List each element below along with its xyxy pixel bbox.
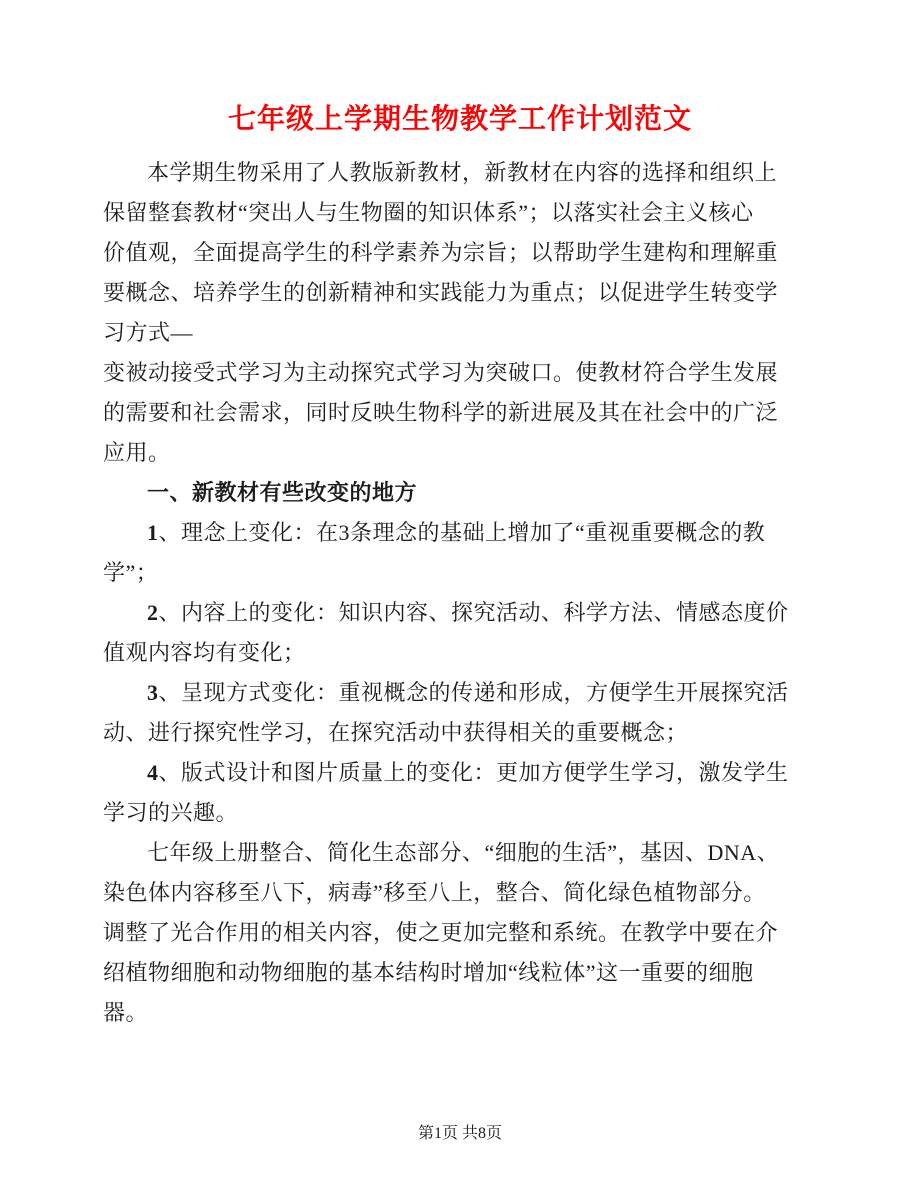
text-line: 4、版式设计和图片质量上的变化：更加方便学生学习，激发学生 bbox=[103, 753, 820, 793]
text-line: 动、进行探究性学习，在探究活动中获得相关的重要概念； bbox=[103, 713, 820, 753]
text-line: 2、内容上的变化：知识内容、探究活动、科学方法、情感态度价 bbox=[103, 593, 820, 633]
text-line: 值观内容均有变化； bbox=[103, 633, 820, 673]
text-line: 染色体内容移至八下，病毒”移至八上，整合、简化绿色植物部分。 bbox=[103, 873, 820, 913]
page-footer: 第1页 共8页 bbox=[0, 1120, 920, 1143]
text-line: 的需要和社会需求，同时反映生物科学的新进展及其在社会中的广泛 bbox=[103, 393, 820, 433]
text-line: 保留整套教材“突出人与生物圈的知识体系”；以落实社会主义核心 bbox=[103, 193, 820, 233]
text-line: 本学期生物采用了人教版新教材，新教材在内容的选择和组织上 bbox=[103, 153, 820, 193]
text-line: 变被动接受式学习为主动探究式学习为突破口。使教材符合学生发展 bbox=[103, 353, 820, 393]
list-number: 3 bbox=[147, 680, 159, 705]
list-number: 1 bbox=[147, 520, 159, 545]
text-line: 七年级上册整合、简化生态部分、“细胞的生活”，基因、DNA、 bbox=[103, 833, 820, 873]
text-line: 学”； bbox=[103, 553, 820, 593]
text-line: 一、新教材有些改变的地方 bbox=[103, 473, 820, 513]
text-line: 器。 bbox=[103, 993, 820, 1033]
list-number: 2 bbox=[147, 600, 159, 625]
list-number: 4 bbox=[147, 760, 159, 785]
text-line: 绍植物细胞和动物细胞的基本结构时增加“线粒体”这一重要的细胞 bbox=[103, 953, 820, 993]
document-page: 七年级上学期生物教学工作计划范文 本学期生物采用了人教版新教材，新教材在内容的选… bbox=[0, 0, 920, 1191]
text-line: 价值观，全面提高学生的科学素养为宗旨；以帮助学生建构和理解重 bbox=[103, 233, 820, 273]
document-body: 本学期生物采用了人教版新教材，新教材在内容的选择和组织上保留整套教材“突出人与生… bbox=[103, 153, 820, 1033]
text-line: 要概念、培养学生的创新精神和实践能力为重点；以促进学生转变学 bbox=[103, 273, 820, 313]
text-line: 学习的兴趣。 bbox=[103, 793, 820, 833]
text-line: 3、呈现方式变化：重视概念的传递和形成，方便学生开展探究活 bbox=[103, 673, 820, 713]
text-line: 调整了光合作用的相关内容，使之更加完整和系统。在教学中要在介 bbox=[103, 913, 820, 953]
text-line: 习方式— bbox=[103, 313, 820, 353]
page-number-text: 第1页 共8页 bbox=[418, 1125, 502, 1142]
text-line: 1、理念上变化：在3条理念的基础上增加了“重视重要概念的教 bbox=[103, 513, 820, 553]
text-line: 应用。 bbox=[103, 433, 820, 473]
document-title: 七年级上学期生物教学工作计划范文 bbox=[0, 0, 920, 137]
